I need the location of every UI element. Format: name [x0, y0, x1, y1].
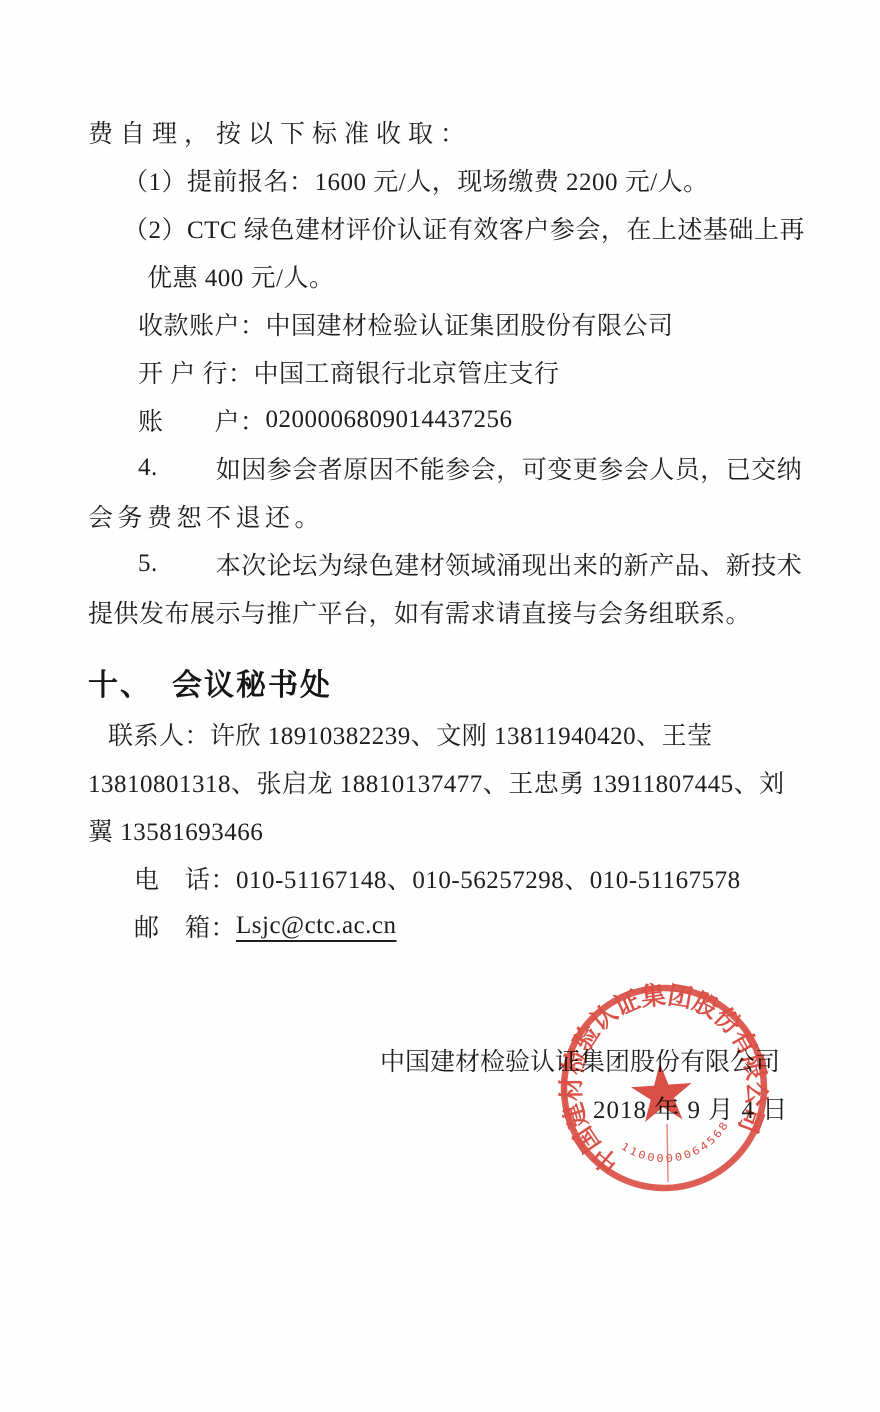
phone-line: 电 话：010-51167148、010-56257298、010-511675…	[88, 854, 792, 902]
item-4-text-2: 会务费恕不退还。	[88, 498, 324, 534]
account-number-value: 0200006809014437256	[266, 406, 513, 434]
fee-item-2-text-1: （2）CTC 绿色建材评价认证有效客户参会，在上述基础上再	[123, 210, 805, 246]
phone-numbers: 电 话：010-51167148、010-56257298、010-511675…	[134, 860, 741, 896]
contacts-line-1: 联系人：许欣 18910382239、文刚 13811940420、王莹	[88, 710, 792, 758]
section-heading-title: 会议秘书处	[172, 660, 332, 704]
signature-company: 中国建材检验认证集团股份有限公司	[88, 1036, 792, 1084]
email-label: 邮 箱：	[134, 908, 236, 944]
fee-item-2-text-2: 优惠 400 元/人。	[147, 258, 334, 294]
contacts-line-3: 翼 13581693466	[88, 806, 792, 854]
item-4-line-1: 4.如因参会者原因不能参会，可变更参会人员，已交纳	[88, 444, 792, 492]
item-5-text-1: 本次论坛为绿色建材领域涌现出来的新产品、新技术	[216, 546, 803, 582]
item-5-line-2: 提供发布展示与推广平台，如有需求请直接与会务组联系。	[88, 588, 792, 636]
section-heading-secretariat: 十、会议秘书处	[88, 654, 792, 710]
bank-name: 开 户 行：中国工商银行北京管庄支行	[138, 354, 560, 390]
fee-item-1-text: （1）提前报名：1600 元/人，现场缴费 2200 元/人。	[123, 162, 709, 198]
fee-item-2-line-1: （2）CTC 绿色建材评价认证有效客户参会，在上述基础上再	[88, 204, 792, 252]
item-5-line-1: 5.本次论坛为绿色建材领域涌现出来的新产品、新技术	[88, 540, 792, 588]
item-5-number: 5.	[138, 550, 158, 578]
document-body: 费自理，按以下标准收取： （1）提前报名：1600 元/人，现场缴费 2200 …	[88, 108, 792, 1132]
star-tail-mark	[664, 1124, 671, 1182]
email-line: 邮 箱：Lsjc@ctc.ac.cn	[88, 902, 792, 950]
contacts-line-2: 13810801318、张启龙 18810137477、王忠勇 13911807…	[88, 758, 792, 806]
bank-line: 开 户 行：中国工商银行北京管庄支行	[88, 348, 792, 396]
section-heading-number: 十、	[88, 660, 152, 704]
signature-date-text: 2018 年 9 月 4 日	[593, 1090, 788, 1126]
fee-intro-line: 费自理，按以下标准收取：	[88, 108, 792, 156]
email-address: Lsjc@ctc.ac.cn	[236, 912, 397, 940]
contacts-text-2: 13810801318、张启龙 18810137477、王忠勇 13911807…	[88, 764, 785, 800]
contacts-text-1: 联系人：许欣 18910382239、文刚 13811940420、王莹	[108, 716, 713, 752]
payee-account-name: 收款账户：中国建材检验认证集团股份有限公司	[138, 306, 674, 342]
fee-item-1: （1）提前报名：1600 元/人，现场缴费 2200 元/人。	[88, 156, 792, 204]
account-number-line: 账 户：0200006809014437256	[88, 396, 792, 444]
item-4-number: 4.	[138, 454, 158, 482]
account-number-label: 账 户：	[138, 402, 266, 438]
fee-item-2-line-2: 优惠 400 元/人。	[88, 252, 792, 300]
fee-intro-text: 费自理，按以下标准收取：	[88, 114, 472, 150]
contacts-text-3: 翼 13581693466	[88, 812, 263, 848]
document-page: 费自理，按以下标准收取： （1）提前报名：1600 元/人，现场缴费 2200 …	[0, 0, 880, 1412]
signature-company-name: 中国建材检验认证集团股份有限公司	[380, 1042, 780, 1078]
item-5-text-2: 提供发布展示与推广平台，如有需求请直接与会务组联系。	[88, 594, 751, 630]
item-4-line-2: 会务费恕不退还。	[88, 492, 792, 540]
signature-date: 2018 年 9 月 4 日	[88, 1084, 792, 1132]
payee-account-name-line: 收款账户：中国建材检验认证集团股份有限公司	[88, 300, 792, 348]
item-4-text-1: 如因参会者原因不能参会，可变更参会人员，已交纳	[216, 450, 803, 486]
